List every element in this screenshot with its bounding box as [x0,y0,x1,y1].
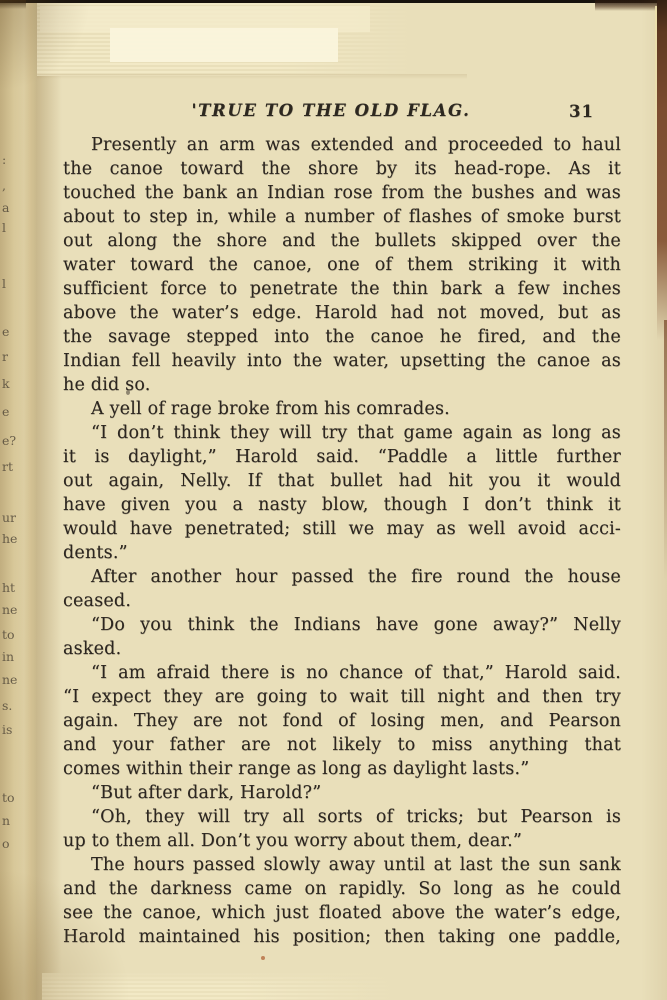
dark-corner-top-left [0,0,26,9]
gutter-text-fragment: rt [2,461,13,473]
text-line: Presently an arm was extended and procee… [63,133,621,157]
text-line: up to them all. Don’t you worry about th… [63,829,621,853]
text-line: “I am afraid there is no chance of that,… [63,661,621,685]
scan-speck [261,956,265,960]
page-edges-bottom [42,973,404,1000]
text-line: asked. [63,637,621,661]
gutter-text-fragment: l [2,278,6,290]
text-line: he did so. [63,373,621,397]
text-line: “I expect they are going to wait till ni… [63,685,621,709]
text-line: and your father are not likely to miss a… [63,733,621,757]
text-line: water toward the canoe, one of them stri… [63,253,621,277]
gutter-text-fragment: to [2,792,15,804]
text-line: touched the bank an Indian rose from the… [63,181,621,205]
text-line: After another hour passed the fire round… [63,565,621,589]
text-line: A yell of rage broke from his comrades. [63,397,621,421]
book-page-scan: 'TRUE TO THE OLD FLAG. 31 Presently an a… [0,0,667,1000]
scan-top-edge [0,0,667,3]
running-header: 'TRUE TO THE OLD FLAG. 31 [63,101,621,127]
text-line: The hours passed slowly away until at la… [63,853,621,877]
text-line: Indian fell heavily into the water, upse… [63,349,621,373]
text-line: would have penetrated; still we may as w… [63,517,621,541]
gutter-text-fragment: : [2,154,6,166]
text-line: sufficient force to penetrate the thin b… [63,277,621,301]
gutter-shadow [36,0,62,1000]
gutter-text-fragment: e [2,326,9,338]
page-number: 31 [569,102,594,121]
gutter-text-fragment: a [2,202,9,214]
gutter-text-fragment: n [2,815,10,827]
text-line: above the water’s edge. Harold had not m… [63,301,621,325]
book-cover-right-edge [657,0,667,340]
top-crease [37,74,467,79]
text-line: “But after dark, Harold?” [63,781,621,805]
gutter-text-fragment: in [2,651,14,663]
gutter-text-fragment: ht [2,582,15,594]
text-line: comes within their range as long as dayl… [63,757,621,781]
text-line: out along the shore and the bullets skip… [63,229,621,253]
text-line: ceased. [63,589,621,613]
text-line: and the darkness came on rapidly. So lon… [63,877,621,901]
text-line: see the canoe, which just floated above … [63,901,621,925]
gutter-text-fragment: ur [2,512,16,524]
text-line: again. They are not fond of losing men, … [63,709,621,733]
gutter-text-fragment: k [2,378,10,390]
gutter-text-fragment: l [2,222,6,234]
text-line: the savage stepped into the canoe he fir… [63,325,621,349]
running-header-title: 'TRUE TO THE OLD FLAG. [63,101,621,120]
gutter-text-fragment: r [2,351,8,363]
text-line: it is daylight,” Harold said. “Paddle a … [63,445,621,469]
text-line: about to step in, while a number of flas… [63,205,621,229]
gutter-text-fragment: o [2,838,10,850]
text-line: the canoe toward the shore by its head-r… [63,157,621,181]
text-line: have given you a nasty blow, though I do… [63,493,621,517]
gutter-text-fragment: to [2,629,15,641]
gutter-text-fragment: he [2,533,17,545]
scan-speck [126,390,130,395]
gutter-text-fragment: e? [2,435,16,447]
text-line: dents.” [63,541,621,565]
text-line: “I don’t think they will try that game a… [63,421,621,445]
body-text: Presently an arm was extended and procee… [63,133,621,949]
gutter-text-fragment: ne [2,674,17,686]
gutter-text-fragment: s. [2,700,12,712]
text-line: out again, Nelly. If that bullet had hit… [63,469,621,493]
gutter-text-fragment: e [2,406,9,418]
gutter-text-fragment: ne [2,604,17,616]
gutter-text-fragment: is [2,724,12,736]
text-line: “Do you think the Indians have gone away… [63,613,621,637]
text-line: Harold maintained his position; then tak… [63,925,621,949]
text-line: “Oh, they will try all sorts of tricks; … [63,805,621,829]
page-edges-top-bright-spot [110,28,338,62]
gutter-text-fragment: , [2,180,6,192]
